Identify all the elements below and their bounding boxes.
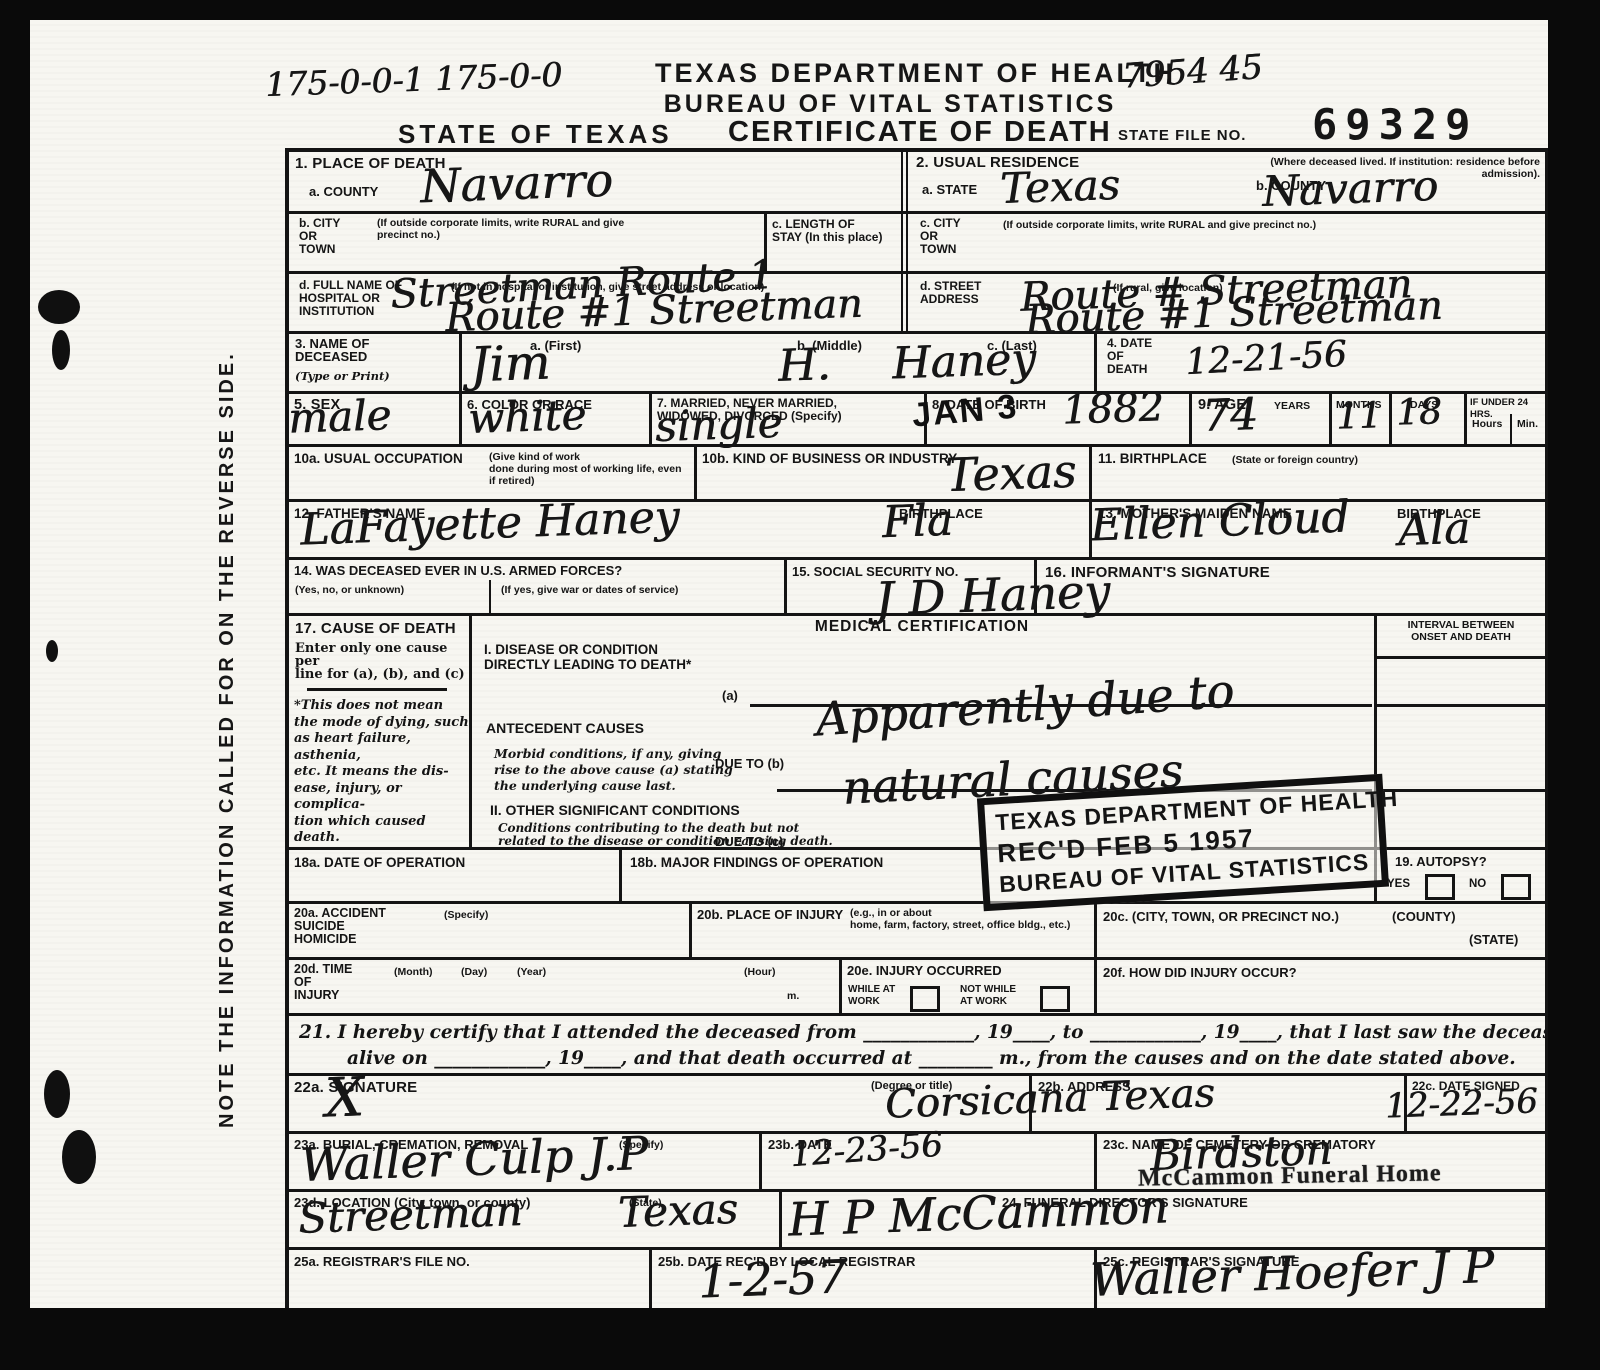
place-of-injury-note: (e.g., in or about home, farm, factory, … — [850, 907, 1090, 931]
handwritten-code-right: 7954 45 — [1121, 47, 1264, 97]
street-address-label: d. STREET ADDRESS — [920, 280, 981, 306]
armed-forces-note2: (If yes, give war or dates of service) — [501, 584, 771, 596]
scan-border-right — [1548, 0, 1600, 1370]
hw-father-birthplace: Fla — [881, 495, 954, 548]
while-at-work-checkbox — [910, 986, 940, 1012]
occupation-label: 10a. USUAL OCCUPATION — [294, 451, 463, 466]
field-accident: 20a. ACCIDENT SUICIDE HOMICIDE (Specify) — [289, 904, 689, 957]
state-file-no-label: STATE FILE NO. — [1118, 127, 1246, 144]
place-city-note: (If outside corporate limits, write RURA… — [377, 217, 727, 241]
while-at-work-label: WHILE AT WORK — [848, 984, 895, 1008]
scan-speck — [62, 1130, 96, 1184]
certify-line-2: alive on ____________, 19____, and that … — [347, 1048, 1516, 1069]
interval-line-3 — [1377, 789, 1548, 792]
autopsy-no-label: NO — [1469, 878, 1486, 890]
autopsy-no-checkbox — [1501, 874, 1531, 900]
hw-sex: male — [287, 390, 392, 443]
field-place-of-injury: 20b. PLACE OF INJURY (e.g., in or about … — [689, 904, 1094, 957]
scan-speck — [38, 290, 80, 324]
scan-speck — [46, 640, 58, 662]
field-interval: INTERVAL BETWEEN ONSET AND DEATH — [1374, 616, 1545, 847]
injury-state-label: (STATE) — [1469, 932, 1518, 947]
injury-county-label: (COUNTY) — [1392, 909, 1456, 924]
header-state-of-texas: STATE OF TEXAS — [398, 119, 673, 150]
hw-first-name: Jim — [469, 335, 551, 394]
residence-state-label: a. STATE — [922, 182, 977, 197]
hw-age-years: 74 — [1201, 389, 1259, 442]
funeral-home-stamp: McCammon Funeral Home — [1138, 1160, 1442, 1192]
deceased-name-note: (Type or Print) — [295, 370, 390, 383]
autopsy-label: 19. AUTOPSY? — [1395, 854, 1487, 869]
operation-findings-label: 18b. MAJOR FINDINGS OF OPERATION — [630, 855, 883, 870]
hw-mother-birthplace: Ala — [1397, 503, 1471, 556]
birthplace-label: 11. BIRTHPLACE — [1098, 451, 1207, 466]
cause-note-divider — [307, 688, 447, 691]
field-autopsy: 19. AUTOPSY? YES NO — [1374, 850, 1545, 901]
hw-residence-county: Navarro — [1261, 161, 1439, 216]
field-injury-occurred: 20e. INJURY OCCURRED WHILE AT WORK NOT W… — [839, 960, 1094, 1013]
occupation-note: (Give kind of work done during most of w… — [489, 451, 689, 487]
hw-last-name: Haney — [891, 334, 1037, 390]
field-usual-residence: 2. USUAL RESIDENCE (Where deceased lived… — [901, 152, 1545, 211]
due-to-b-label: DUE TO (b) — [715, 756, 784, 771]
under24-divider — [1510, 414, 1512, 444]
row-injury-type: 20a. ACCIDENT SUICIDE HOMICIDE (Specify)… — [289, 904, 1545, 960]
row-certify-statement: 21. I hereby certify that I attended the… — [289, 1016, 1545, 1076]
hw-middle-name: H. — [777, 339, 831, 392]
field-registrar-file: 25a. REGISTRAR'S FILE NO. — [289, 1250, 649, 1310]
interval-line-2 — [1377, 704, 1548, 707]
field-certify-statement: 21. I hereby certify that I attended the… — [289, 1016, 1545, 1073]
header-department: TEXAS DEPARTMENT OF HEALTH — [655, 58, 1125, 89]
field-operation-date: 18a. DATE OF OPERATION — [289, 850, 619, 901]
field-age-under24: IF UNDER 24 HRS. Hours Min. — [1464, 394, 1545, 444]
field-armed-forces: 14. WAS DECEASED EVER IN U.S. ARMED FORC… — [289, 560, 784, 613]
not-while-at-work-label: NOT WHILE AT WORK — [960, 984, 1016, 1008]
field-injury-city: 20c. (CITY, TOWN, OR PRECINCT NO.) (COUN… — [1094, 904, 1545, 957]
injury-occurred-label: 20e. INJURY OCCURRED — [847, 963, 1002, 978]
operation-date-label: 18a. DATE OF OPERATION — [294, 855, 465, 870]
field-occupation: 10a. USUAL OCCUPATION (Give kind of work… — [289, 447, 694, 499]
row-injury-time: 20d. TIME OF INJURY (Month) (Day) (Year)… — [289, 960, 1545, 1016]
field-how-injury: 20f. HOW DID INJURY OCCUR? — [1094, 960, 1545, 1013]
meridiem-label: m. — [787, 990, 799, 1002]
interval-label: INTERVAL BETWEEN ONSET AND DEATH — [1377, 619, 1545, 643]
hours-label: Hours — [1472, 418, 1502, 430]
scan-speck — [52, 330, 70, 370]
header-bureau: BUREAU OF VITAL STATISTICS — [655, 90, 1125, 119]
accident-note: (Specify) — [444, 909, 488, 921]
other-conditions-label: II. OTHER SIGNIFICANT CONDITIONS — [490, 802, 740, 818]
residence-city-note: (If outside corporate limits, write RURA… — [1003, 219, 1523, 231]
field-birthplace: 11. BIRTHPLACE (State or foreign country… — [1089, 447, 1545, 499]
interval-line-1 — [1377, 656, 1548, 659]
antecedent-causes-label: ANTECEDENT CAUSES — [486, 720, 644, 736]
field-cause-of-death: 17. CAUSE OF DEATH Enter only one cause … — [289, 616, 469, 847]
certify-line-1: 21. I hereby certify that I attended the… — [299, 1022, 1578, 1043]
reverse-side-note: NOTE THE INFORMATION CALLED FOR ON THE R… — [216, 328, 239, 1128]
scan-border-top — [0, 0, 1600, 20]
time-of-injury-label: 20d. TIME OF INJURY — [294, 963, 352, 1002]
hw-birth-year: 1882 — [1061, 384, 1164, 434]
cause-note2: *This does not mean the mode of dying, s… — [294, 698, 469, 847]
hw-residence-state: Texas — [999, 160, 1121, 213]
hw-date-of-death: 12-21-56 — [1184, 334, 1348, 383]
hw-age-months: 11 — [1335, 395, 1382, 438]
business-label: 10b. KIND OF BUSINESS OR INDUSTRY — [702, 451, 957, 466]
place-city-label: b. CITY OR TOWN — [299, 217, 340, 256]
length-of-stay-label: c. LENGTH OF STAY (In this place) — [772, 218, 882, 244]
deceased-name-label: 3. NAME OF DECEASED — [295, 337, 369, 363]
month-label: (Month) — [394, 966, 432, 978]
state-file-number: 69329 — [1312, 100, 1478, 149]
hw-mother-name: Ellen Cloud — [1089, 491, 1350, 551]
hw-physician-signature-mark: X — [324, 1065, 365, 1129]
injury-city-label: 20c. (CITY, TOWN, OR PRECINCT NO.) — [1103, 909, 1339, 924]
header-certificate-of-death: CERTIFICATE OF DEATH — [728, 116, 1112, 149]
other-conditions-note: Conditions contributing to the death but… — [498, 822, 833, 848]
hw-informant-signature: J D Haney — [874, 564, 1111, 626]
hw-birthplace: Texas — [944, 444, 1077, 503]
county-label: a. COUNTY — [309, 184, 378, 199]
autopsy-yes-label: YES — [1387, 878, 1410, 890]
registrar-file-label: 25a. REGISTRAR'S FILE NO. — [294, 1254, 470, 1269]
field-length-of-stay: c. LENGTH OF STAY (In this place) — [764, 214, 901, 271]
scan-border-bottom — [0, 1308, 1600, 1370]
autopsy-yes-checkbox — [1425, 874, 1455, 900]
age-years-label: YEARS — [1274, 400, 1310, 412]
year-label: (Year) — [517, 966, 546, 978]
scanned-death-certificate: NOTE THE INFORMATION CALLED FOR ON THE R… — [0, 0, 1600, 1370]
armed-forces-label: 14. WAS DECEASED EVER IN U.S. ARMED FORC… — [294, 563, 622, 578]
residence-city-label: c. CITY OR TOWN — [920, 217, 961, 256]
scan-speck — [44, 1070, 70, 1118]
day-label: (Day) — [461, 966, 487, 978]
hw-age-days: 18 — [1395, 391, 1442, 434]
how-injury-label: 20f. HOW DID INJURY OCCUR? — [1103, 965, 1297, 980]
hw-marital: single — [654, 398, 783, 451]
field-informant: 16. INFORMANT'S SIGNATURE — [1034, 560, 1545, 613]
min-label: Min. — [1517, 418, 1538, 430]
cause-note1: Enter only one cause per line for (a), (… — [295, 642, 469, 681]
date-of-death-label: 4. DATE OF DEATH — [1107, 337, 1152, 376]
field-name-label: 3. NAME OF DECEASED (Type or Print) — [289, 334, 459, 391]
hw-place-county: Navarro — [419, 153, 614, 214]
not-while-at-work-checkbox — [1040, 986, 1070, 1012]
cause-of-death-title: 17. CAUSE OF DEATH — [295, 620, 456, 637]
disease-condition-label: I. DISEASE OR CONDITION DIRECTLY LEADING… — [484, 642, 691, 672]
hospital-label: d. FULL NAME OF HOSPITAL OR INSTITUTION — [299, 279, 402, 318]
armed-forces-divider — [489, 580, 491, 614]
disease-a-label: (a) — [722, 688, 738, 703]
hw-burial-location: Streetman — [297, 1186, 523, 1243]
hour-label: (Hour) — [744, 966, 776, 978]
row-occupation: 10a. USUAL OCCUPATION (Give kind of work… — [289, 447, 1545, 502]
accident-label: 20a. ACCIDENT SUICIDE HOMICIDE — [294, 907, 386, 946]
scan-border-left — [0, 0, 30, 1370]
field-time-of-injury: 20d. TIME OF INJURY (Month) (Day) (Year)… — [289, 960, 839, 1013]
hw-burial-state: Texas — [617, 1184, 739, 1237]
hw-registrar-date: 1-2-57 — [697, 1249, 847, 1308]
armed-forces-note1: (Yes, no, or unknown) — [295, 584, 404, 596]
morbid-note: Morbid conditions, if any, giving rise t… — [494, 746, 733, 794]
field-residence-city: c. CITY OR TOWN (If outside corporate li… — [901, 214, 1545, 271]
hw-race: white — [467, 390, 587, 443]
hw-date-signed: 12-22-56 — [1384, 1081, 1538, 1126]
handwritten-code-left: 175-0-0-1 175-0-0 — [264, 55, 562, 104]
birthplace-note: (State or foreign country) — [1232, 454, 1358, 466]
place-of-injury-label: 20b. PLACE OF INJURY — [697, 907, 843, 922]
